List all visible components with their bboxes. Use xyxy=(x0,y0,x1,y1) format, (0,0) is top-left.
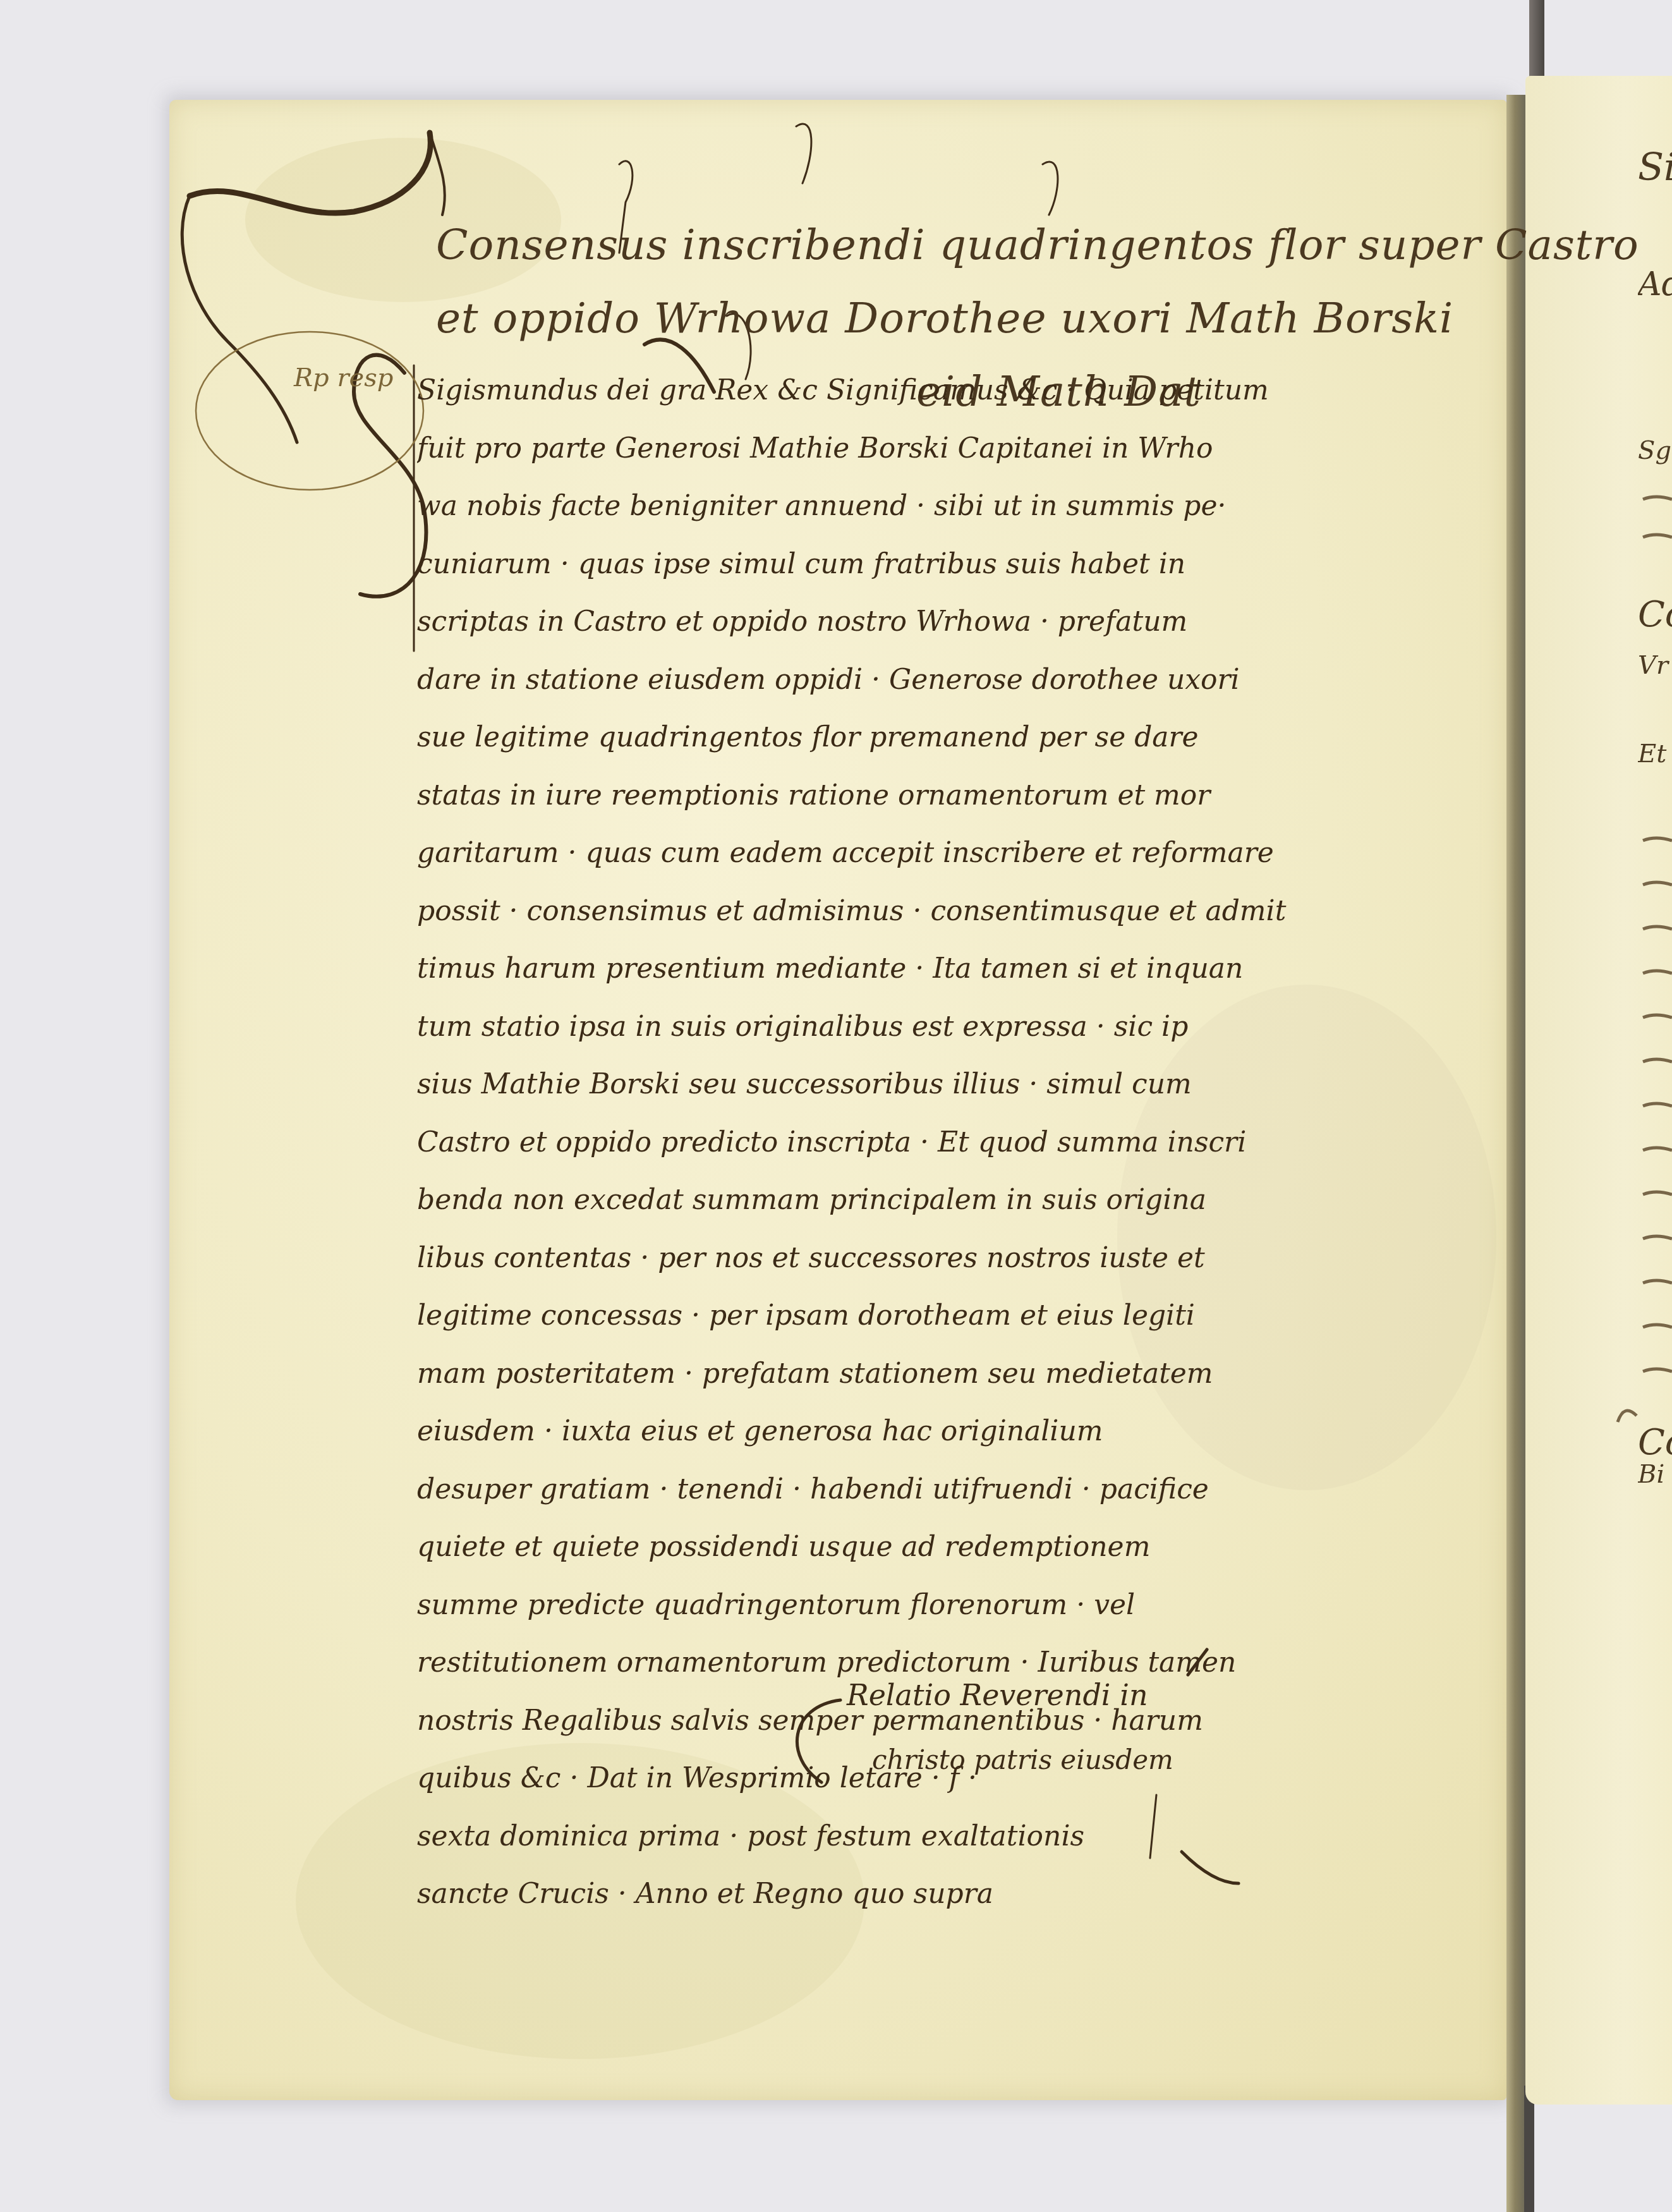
body-line: desuper gratiam · tenendi · habendi utif… xyxy=(417,1461,1403,1519)
heading-line: Consensus inscribendi quadringentos flor… xyxy=(436,209,1415,282)
body-line: libus contentas · per nos et successores… xyxy=(417,1229,1403,1287)
body-line: legitime concessas · per ipsam dorotheam… xyxy=(417,1287,1403,1345)
relatio-line: Relatio Reverendi in xyxy=(847,1678,1148,1712)
body-line: possit · consensimus et admisimus · cons… xyxy=(417,882,1403,940)
body-line: sexta dominica prima · post festum exalt… xyxy=(417,1808,1403,1866)
body-line: statas in iure reemptionis ratione ornam… xyxy=(417,767,1403,825)
heading-line: et oppido Wrhowa Dorothee uxori Math Bor… xyxy=(436,282,1415,355)
body-line: mam posteritatem · prefatam stationem se… xyxy=(417,1345,1403,1403)
body-line: benda non excedat summam principalem in … xyxy=(417,1171,1403,1229)
body-line: sue legitime quadringentos flor premanen… xyxy=(417,708,1403,767)
body-line: cuniarum · quas ipse simul cum fratribus… xyxy=(417,535,1403,593)
body-line: Castro et oppido predicto inscripta · Et… xyxy=(417,1114,1403,1172)
body-line: fuit pro parte Generosi Mathie Borski Ca… xyxy=(417,420,1403,478)
body-line: summe predicte quadringentorum florenoru… xyxy=(417,1576,1403,1634)
body-line: wa nobis facte benigniter annuend · sibi… xyxy=(417,477,1403,535)
body-line: dare in statione eiusdem oppidi · Genero… xyxy=(417,651,1403,709)
body-line: sius Mathie Borski seu successoribus ill… xyxy=(417,1055,1403,1114)
body-line: scriptas in Castro et oppido nostro Wrho… xyxy=(417,593,1403,651)
body-line: eiusdem · iuxta eius et generosa hac ori… xyxy=(417,1402,1403,1461)
body-line: garitarum · quas cum eadem accepit inscr… xyxy=(417,824,1403,882)
margin-note: Rp resp xyxy=(294,363,393,392)
body-line: quiete et quiete possidendi usque ad red… xyxy=(417,1518,1403,1576)
relatio-line: christo patris eiusdem xyxy=(872,1744,1173,1775)
body-line: Sigismundus dei gra Rex &c Significamus … xyxy=(417,362,1403,420)
body-line: timus harum presentium mediante · Ita ta… xyxy=(417,940,1403,998)
body-line: sancte Crucis · Anno et Regno quo supra xyxy=(417,1865,1403,1923)
body-line: tum statio ipsa in suis originalibus est… xyxy=(417,998,1403,1056)
margin-oval xyxy=(196,332,423,490)
